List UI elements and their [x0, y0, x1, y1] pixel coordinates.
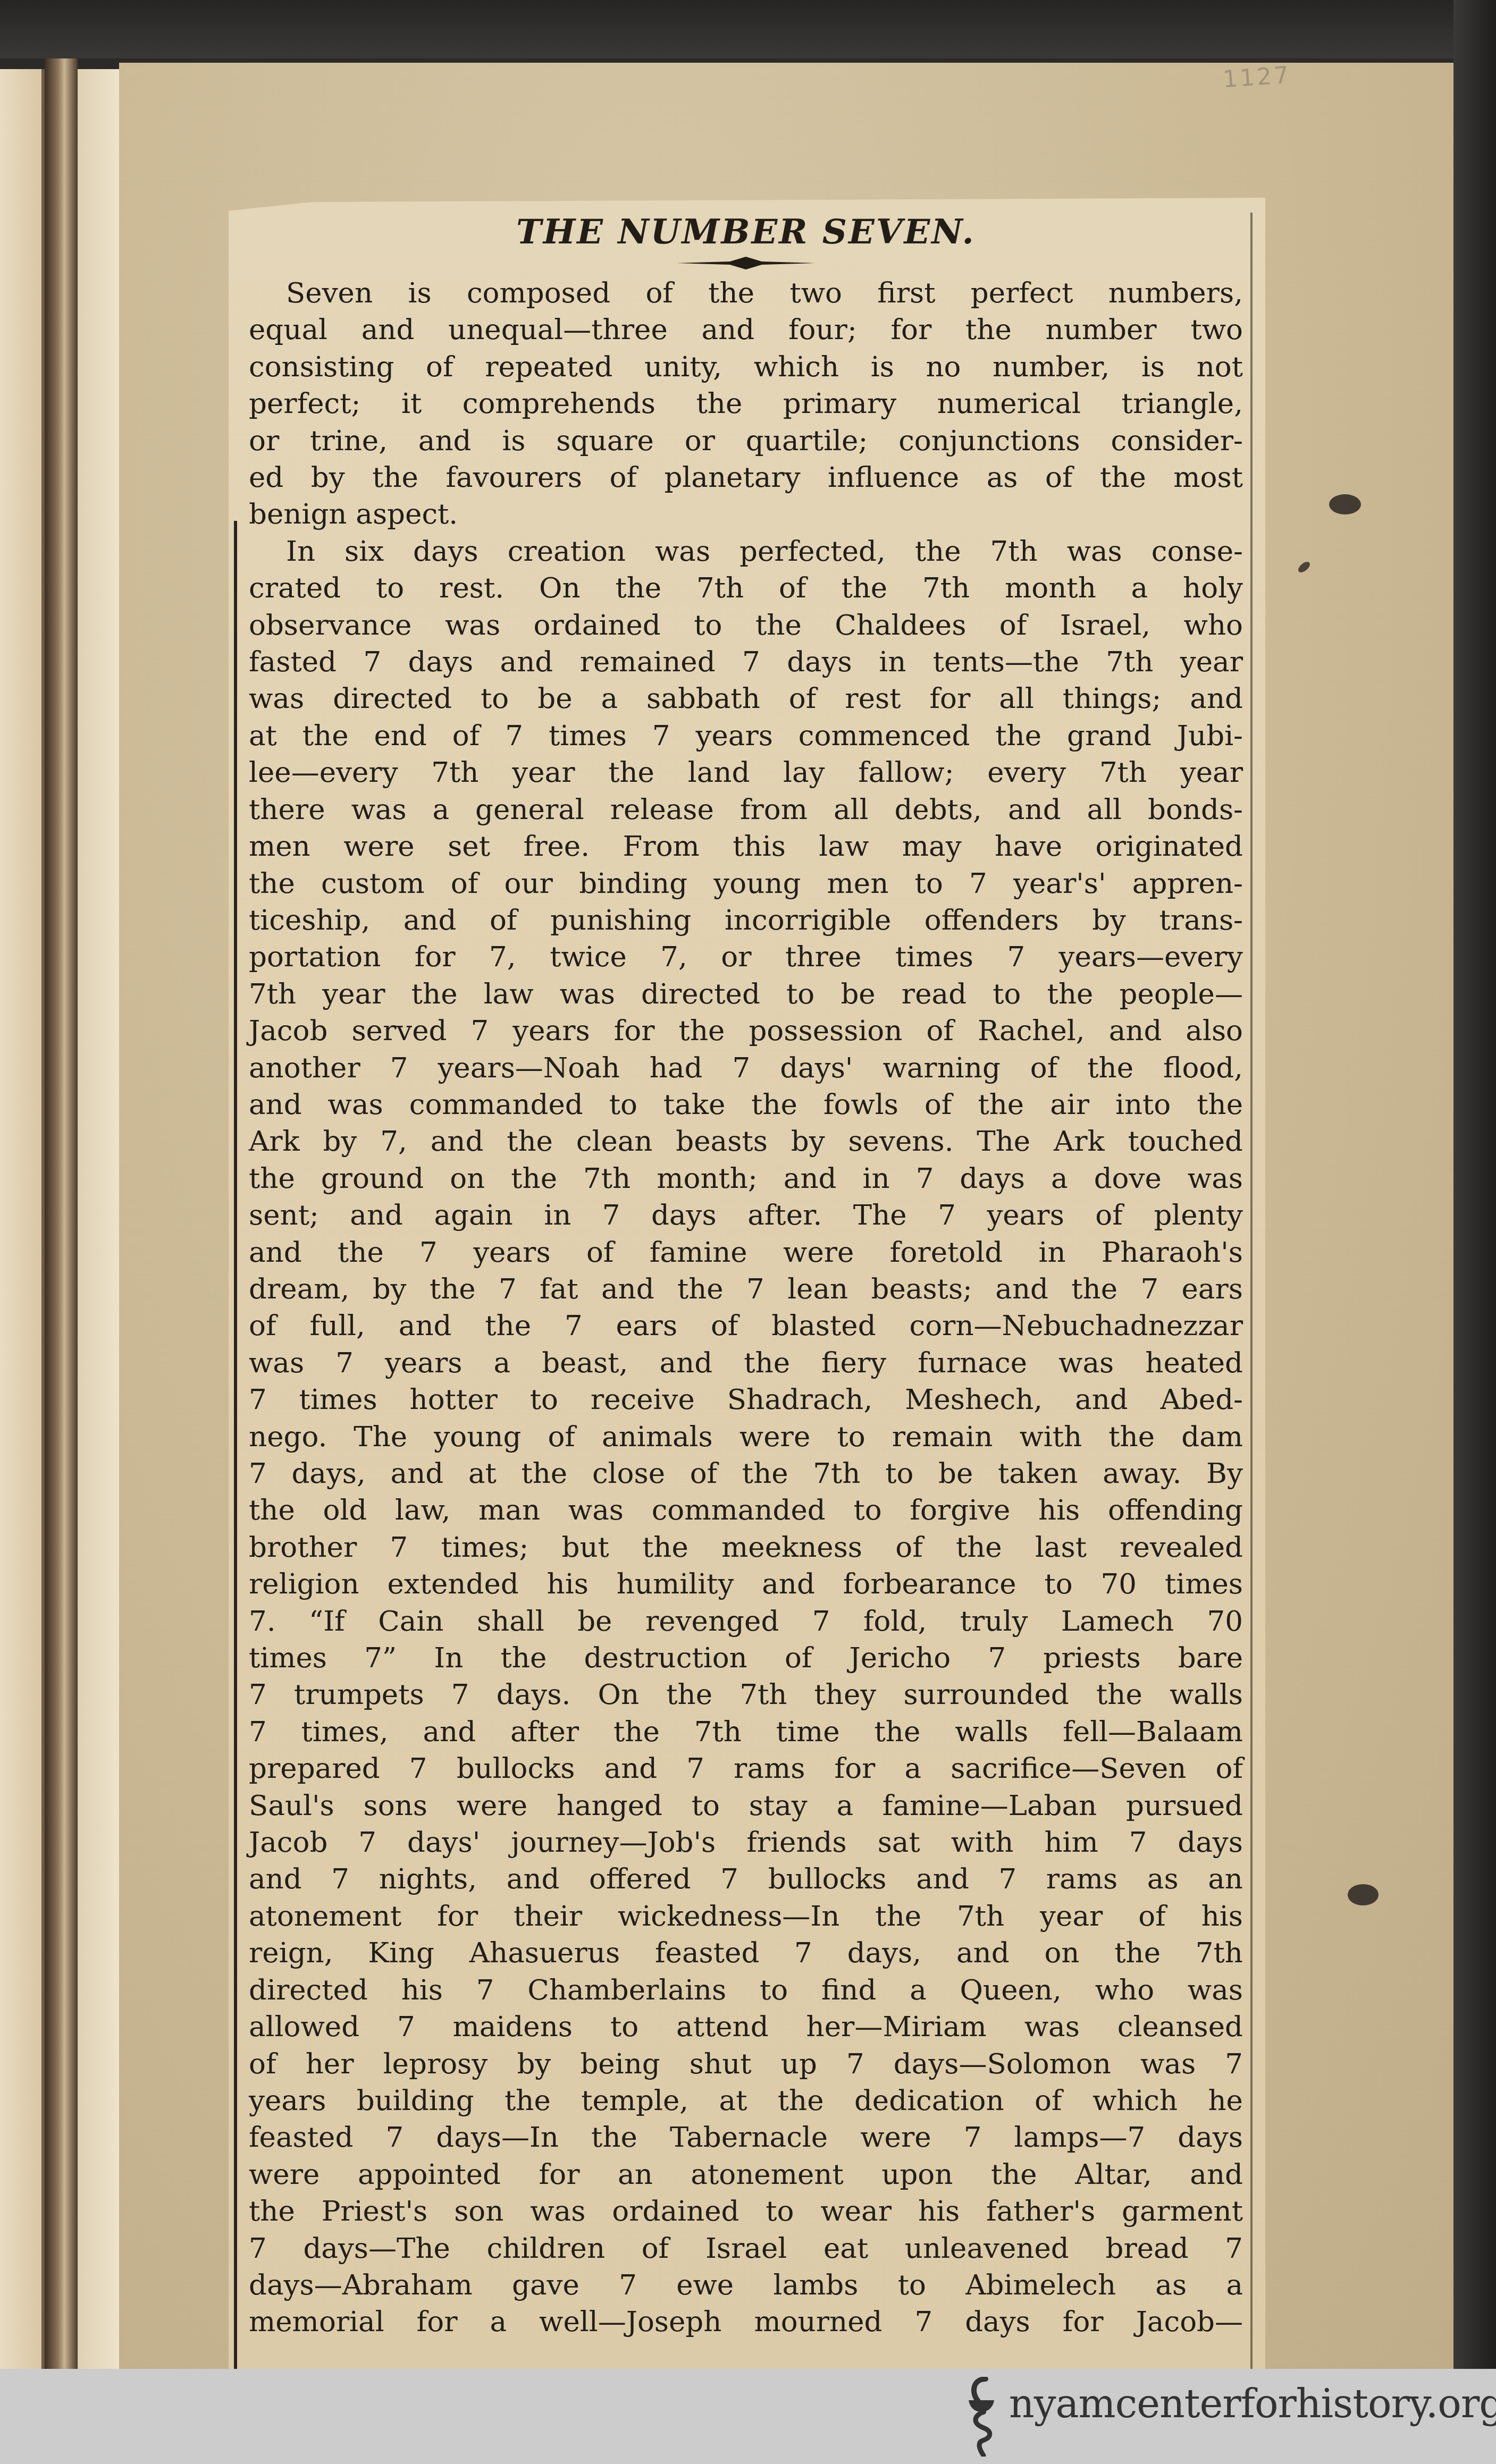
text-line: the custom of our binding young men to 7…: [249, 865, 1243, 902]
text-line: years building the temple, at the dedica…: [249, 2082, 1243, 2119]
text-line: prepared 7 bullocks and 7 rams for a sac…: [249, 1750, 1243, 1787]
text-line: the old law, man was commanded to forgiv…: [249, 1492, 1243, 1529]
text-line: Saul's sons were hanged to stay a famine…: [249, 1787, 1243, 1824]
text-line: and 7 nights, and offered 7 bullocks and…: [249, 1861, 1243, 1897]
text-line: and the 7 years of famine were foretold …: [249, 1234, 1243, 1271]
binding-strip: [78, 69, 122, 2369]
text-line: was 7 years a beast, and the fiery furna…: [249, 1345, 1243, 1381]
text-line: men were set free. From this law may hav…: [249, 828, 1243, 865]
text-line: Jacob 7 days' journey—Job's friends sat …: [249, 1824, 1243, 1861]
text-line: 7 days—The children of Israel eat unleav…: [249, 2230, 1243, 2267]
text-line: of her leprosy by being shut up 7 days—S…: [249, 2046, 1243, 2082]
text-line: observance was ordained to the Chaldees …: [249, 607, 1243, 644]
text-line: another 7 years—Noah had 7 days' warning…: [249, 1050, 1243, 1086]
text-line: at the end of 7 times 7 years commenced …: [249, 718, 1243, 754]
staff-of-asclepius-icon: [968, 2377, 1002, 2457]
text-line: was directed to be a sabbath of rest for…: [249, 680, 1243, 717]
text-line: 7 times hotter to receive Shadrach, Mesh…: [249, 1381, 1243, 1418]
text-line: portation for 7, twice 7, or three times…: [249, 939, 1243, 975]
text-line: In six days creation was perfected, the …: [249, 533, 1243, 570]
text-line: and was commanded to take the fowls of t…: [249, 1086, 1243, 1123]
text-line: atonement for their wickedness—In the 7t…: [249, 1898, 1243, 1935]
text-line: times 7” In the destruction of Jericho 7…: [249, 1640, 1243, 1676]
text-line: there was a general release from all deb…: [249, 791, 1243, 828]
article-paragraph: Seven is composed of the two first perfe…: [249, 275, 1243, 533]
text-line: sent; and again in 7 days after. The 7 y…: [249, 1197, 1243, 1234]
text-line: days—Abraham gave 7 ewe lambs to Abimele…: [249, 2267, 1243, 2303]
ink-blemish-lower: [1348, 1884, 1379, 1905]
text-line: or trine, and is square or quartile; con…: [249, 423, 1243, 459]
watermark-logo: nyamcenterforhistory.org: [968, 2377, 1496, 2457]
column-rule-right: [1250, 213, 1253, 2369]
text-line: allowed 7 maidens to attend her—Miriam w…: [249, 2009, 1243, 2045]
text-line: 7. “If Cain shall be revenged 7 fold, tr…: [249, 1603, 1243, 1640]
text-line: religion extended his humility and forbe…: [249, 1566, 1243, 1602]
article-body: Seven is composed of the two first perfe…: [249, 275, 1243, 2341]
text-line: brother 7 times; but the meekness of the…: [249, 1529, 1243, 1566]
watermark-url: nyamcenterforhistory.org: [1009, 2380, 1496, 2428]
ink-blemish-upper: [1329, 494, 1361, 514]
text-line: directed his 7 Chamberlains to find a Qu…: [249, 1972, 1243, 2009]
text-line: 7 days, and at the close of the 7th to b…: [249, 1455, 1243, 1492]
text-line: crated to rest. On the 7th of the 7th mo…: [249, 570, 1243, 606]
text-line: nego. The young of animals were to remai…: [249, 1419, 1243, 1455]
text-line: ed by the favourers of planetary influen…: [249, 459, 1243, 496]
torn-spine-gutter: [45, 58, 78, 2369]
text-line: consisting of repeated unity, which is n…: [249, 349, 1243, 385]
article: THE NUMBER SEVEN. Seven is composed of t…: [249, 210, 1243, 2341]
book-cover-top: [0, 0, 1496, 58]
text-line: Ark by 7, and the clean beasts by sevens…: [249, 1123, 1243, 1160]
article-title: THE NUMBER SEVEN.: [249, 210, 1243, 255]
text-line: memorial for a well—Joseph mourned 7 day…: [249, 2303, 1243, 2340]
text-line: the ground on the 7th month; and in 7 da…: [249, 1160, 1243, 1197]
text-line: Seven is composed of the two first perfe…: [249, 275, 1243, 311]
text-line: the Priest's son was ordained to wear hi…: [249, 2193, 1243, 2230]
text-line: 7 times, and after the 7th time the wall…: [249, 1714, 1243, 1750]
text-line: equal and unequal—three and four; for th…: [249, 311, 1243, 348]
article-paragraph: In six days creation was perfected, the …: [249, 533, 1243, 2341]
text-line: 7th year the law was directed to be read…: [249, 976, 1243, 1012]
flyleaf-page-edge: [0, 69, 45, 2369]
column-rule-left: [234, 521, 237, 2369]
text-line: benign aspect.: [249, 496, 1243, 533]
text-line: ticeship, and of punishing incorrigible …: [249, 902, 1243, 939]
diamond-rule-ornament-icon: [677, 257, 815, 269]
text-line: lee—every 7th year the land lay fallow; …: [249, 754, 1243, 791]
text-line: 7 trumpets 7 days. On the 7th they surro…: [249, 1676, 1243, 1713]
text-line: dream, by the 7 fat and the 7 lean beast…: [249, 1271, 1243, 1307]
text-line: reign, King Ahasuerus feasted 7 days, an…: [249, 1935, 1243, 1971]
text-line: were appointed for an atonement upon the…: [249, 2156, 1243, 2193]
text-line: fasted 7 days and remained 7 days in ten…: [249, 644, 1243, 680]
text-line: feasted 7 days—In the Tabernacle were 7 …: [249, 2119, 1243, 2156]
book-cover-right: [1453, 0, 1496, 2369]
text-line: Jacob served 7 years for the possession …: [249, 1012, 1243, 1049]
pencil-annotation: 1127: [1222, 62, 1291, 94]
text-line: of full, and the 7 ears of blasted corn—…: [249, 1307, 1243, 1344]
text-line: perfect; it comprehends the primary nume…: [249, 385, 1243, 422]
book-photograph: 1127 THE NUMBER SEVEN. Seven is composed…: [0, 0, 1496, 2369]
